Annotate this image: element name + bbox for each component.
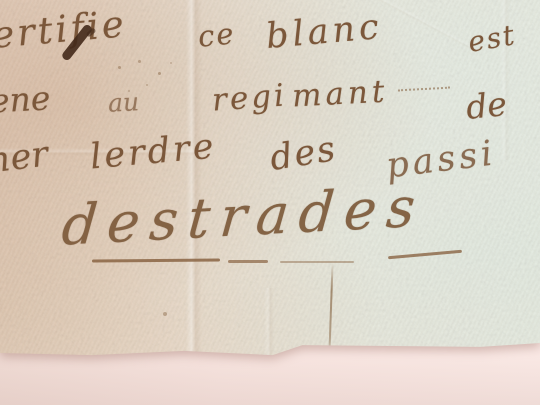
handwritten-word-blanc: blanc [264, 7, 384, 57]
signature-underline-segment [92, 258, 220, 262]
handwritten-word-lerdre: lerdre [88, 127, 218, 178]
handwritten-word-des: des [267, 129, 340, 179]
handwritten-word-ce: ce [196, 16, 237, 54]
signature-underline-segment [280, 261, 354, 263]
vertical-fold-crease-lower [264, 288, 274, 356]
handwritten-word-au: au [107, 87, 139, 118]
handwritten-word-mant: mant [291, 74, 389, 115]
pen-flourish-dashes [398, 87, 450, 92]
handwritten-word-ene: ene [0, 78, 51, 120]
ink-speckle-lower [163, 312, 167, 316]
signature-underline-segment [228, 260, 268, 263]
signature-underline-segment [388, 250, 462, 259]
handwritten-word-ertifie: ertifie [0, 2, 128, 57]
ink-speckle [146, 84, 148, 86]
ink-speckle [118, 66, 121, 69]
handwritten-word-regi: regi [211, 77, 288, 118]
handwritten-word-de: de [464, 84, 509, 127]
parchment-wrapper: ertifie ce blanc est ene au regi mant de… [0, 0, 540, 405]
parchment-sheet: ertifie ce blanc est ene au regi mant de… [0, 0, 540, 358]
handwritten-word-est: est [466, 18, 519, 59]
vertical-fold-crease-line [328, 262, 333, 354]
handwritten-word-her: her [0, 134, 50, 181]
ink-speckle [138, 60, 141, 63]
ink-speckle [170, 62, 172, 64]
ink-speckle [158, 72, 161, 75]
manuscript-photo: ertifie ce blanc est ene au regi mant de… [0, 0, 540, 405]
signature-destrades: destrades [59, 174, 427, 257]
